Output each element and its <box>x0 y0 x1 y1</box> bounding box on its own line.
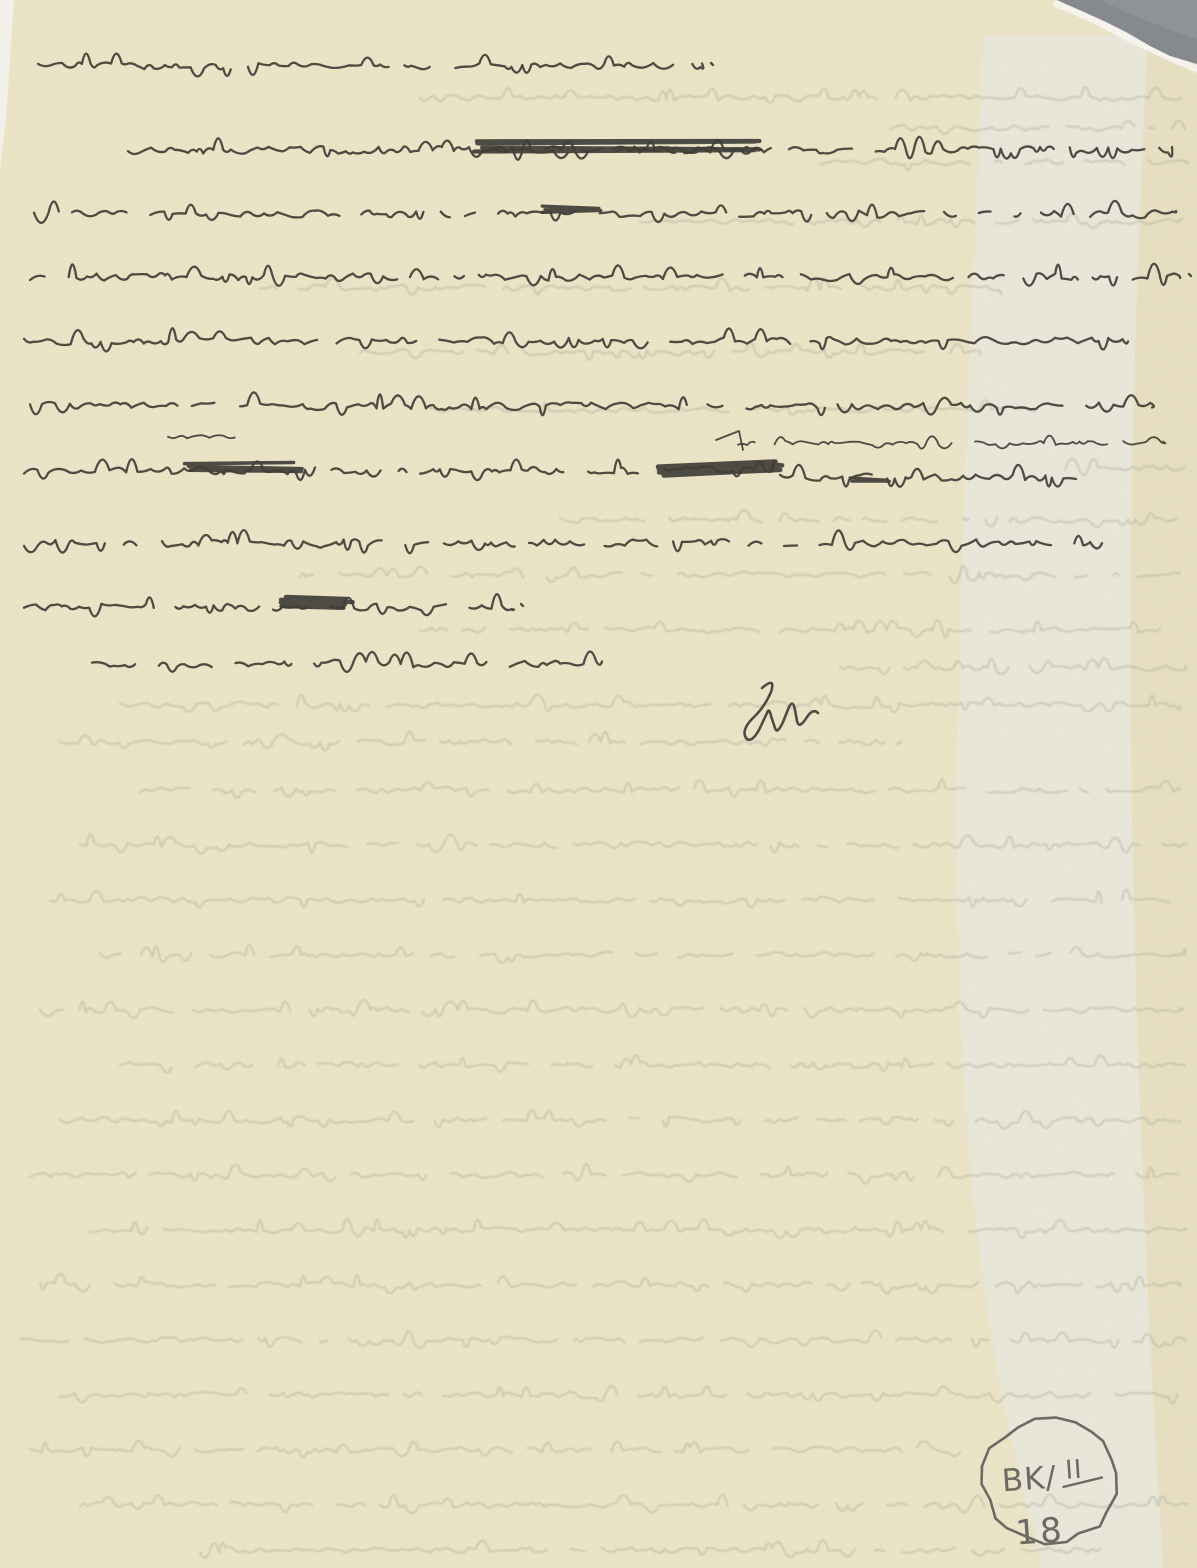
paper-texture <box>0 0 1197 1568</box>
letter-scan-svg: BK/ II 18 <box>0 0 1197 1568</box>
scanned-letter-page: BK/ II 18 <box>0 0 1197 1568</box>
